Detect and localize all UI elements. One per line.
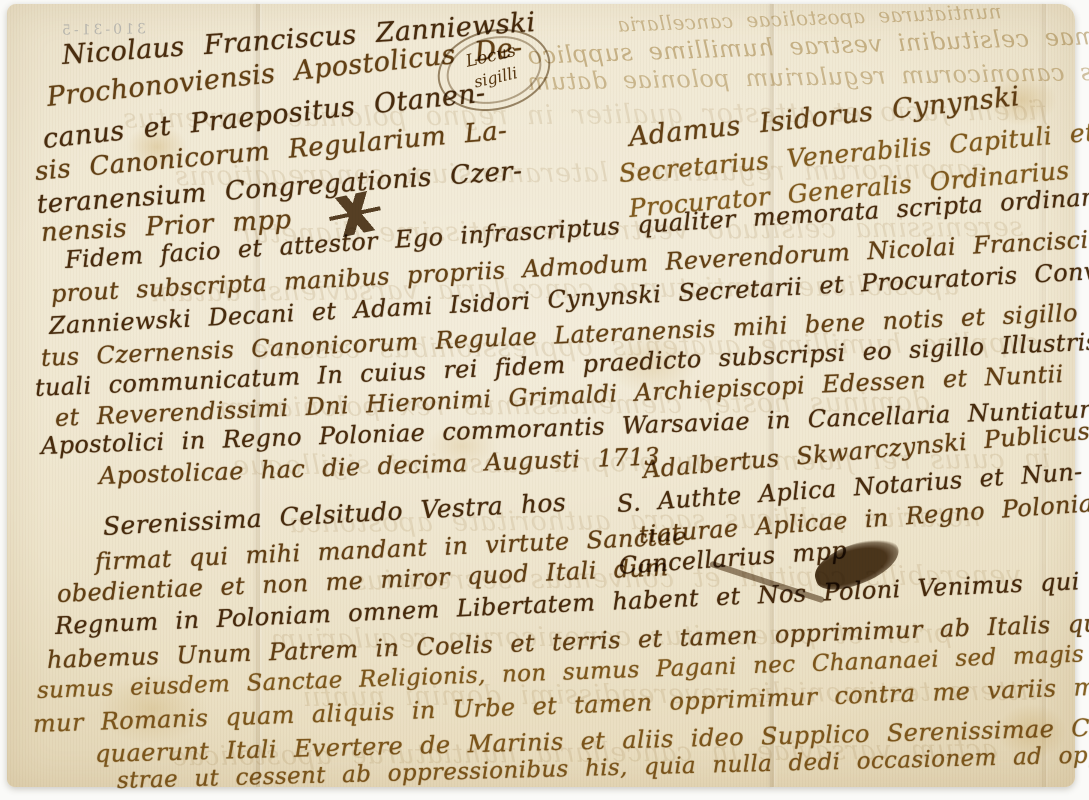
- bleed-through-line: nuntiaturae apostolicae cancellaria: [617, 0, 1002, 37]
- paper-sheet: fidem facio et attestor qualiter in regn…: [7, 4, 1075, 787]
- bleed-through-line: serenissimae celsitudini vestrae humilli…: [527, 18, 1089, 70]
- scanned-manuscript-page: fidem facio et attestor qualiter in regn…: [0, 0, 1089, 800]
